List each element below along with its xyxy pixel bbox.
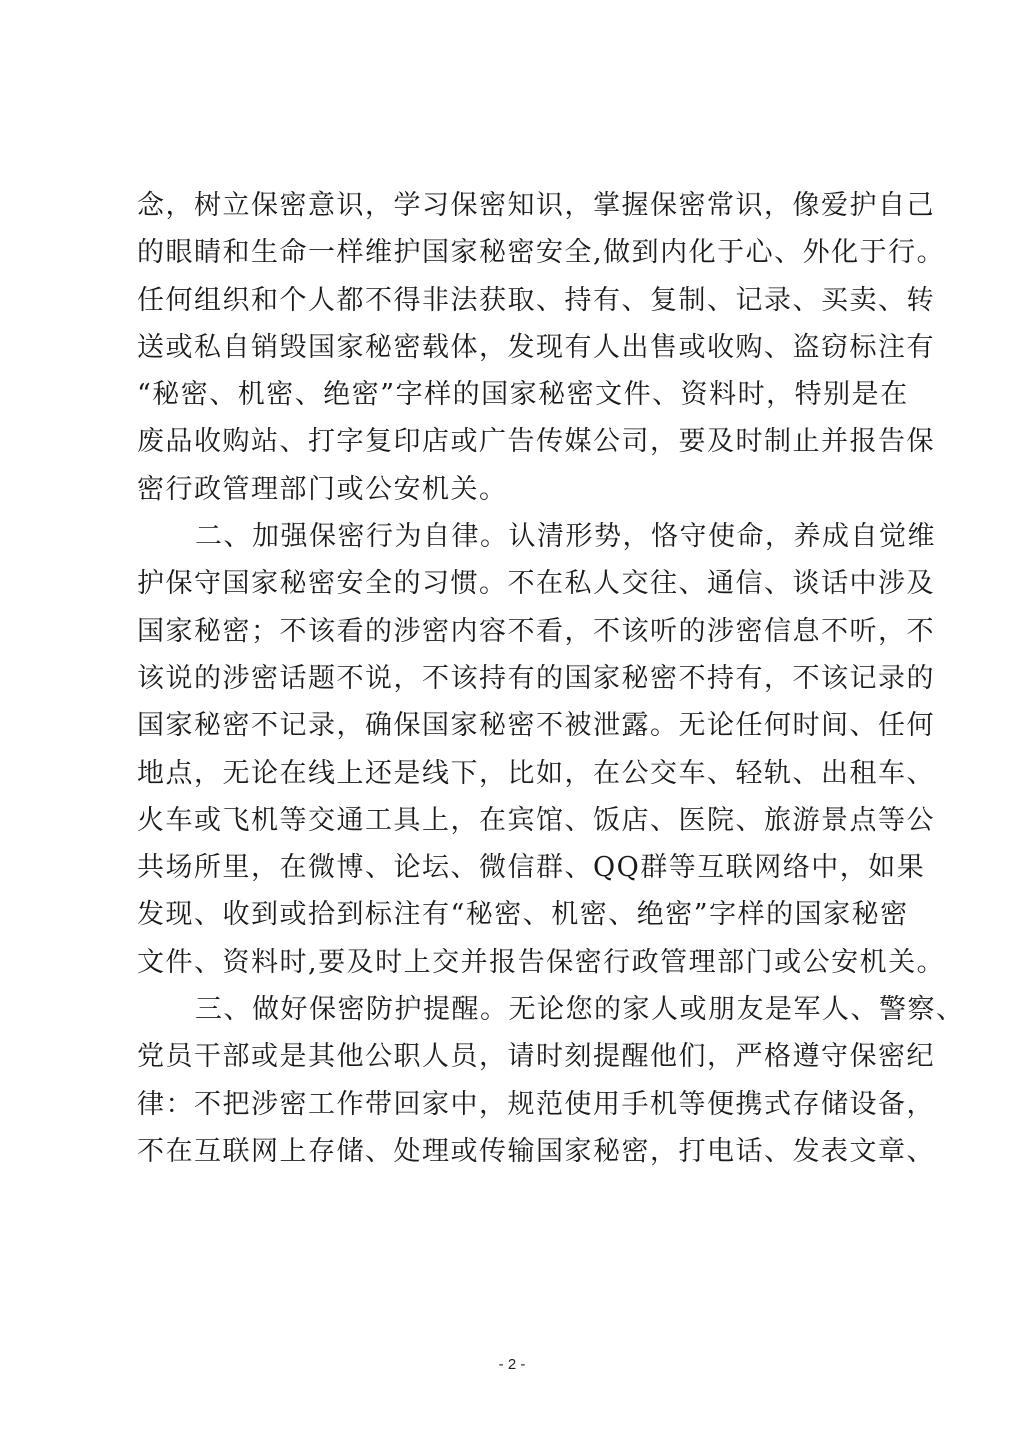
text-line: 的眼睛和生命一样维护国家秘密安全,做到内化于心、外化于行。	[137, 229, 897, 276]
text-line: 共场所里，在微博、论坛、微信群、QQ群等互联网络中，如果	[137, 844, 897, 891]
text-line: 任何组织和个人都不得非法获取、持有、复制、记录、买卖、转	[137, 277, 897, 324]
text-line: 该说的涉密话题不说，不该持有的国家秘密不持有，不该记录的	[137, 655, 897, 702]
text-line: 护保守国家秘密安全的习惯。不在私人交往、通信、谈话中涉及	[137, 560, 897, 607]
document-page: 念，树立保密意识，学习保密知识，掌握保密常识，像爱护自己 的眼睛和生命一样维护国…	[0, 0, 1024, 1448]
text-line: 国家秘密不记录，确保国家秘密不被泄露。无论任何时间、任何	[137, 702, 897, 749]
text-line: 地点，无论在线上还是线下，比如，在公交车、轻轨、出租车、	[137, 750, 897, 797]
body-text: 念，树立保密意识，学习保密知识，掌握保密常识，像爱护自己 的眼睛和生命一样维护国…	[137, 182, 897, 1175]
text-line: 文件、资料时,要及时上交并报告保密行政管理部门或公安机关。	[137, 939, 897, 986]
text-line: 不在互联网上存储、处理或传输国家秘密，打电话、发表文章、	[137, 1128, 897, 1175]
text-line: 密行政管理部门或公安机关。	[137, 466, 897, 513]
section-heading-line: 二、加强保密行为自律。认清形势，恪守使命，养成自觉维	[137, 513, 897, 560]
text-line: 废品收购站、打字复印店或广告传媒公司，要及时制止并报告保	[137, 418, 897, 465]
section-heading-line: 三、做好保密防护提醒。无论您的家人或朋友是军人、警察、	[137, 986, 897, 1033]
text-line: 送或私自销毁国家秘密载体，发现有人出售或收购、盗窃标注有	[137, 324, 897, 371]
text-line: “秘密、机密、绝密”字样的国家秘密文件、资料时，特别是在	[137, 371, 897, 418]
text-line: 党员干部或是其他公职人员，请时刻提醒他们，严格遵守保密纪	[137, 1033, 897, 1080]
text-line: 念，树立保密意识，学习保密知识，掌握保密常识，像爱护自己	[137, 182, 897, 229]
page-number: - 2 -	[0, 1356, 1024, 1373]
text-line: 火车或飞机等交通工具上，在宾馆、饭店、医院、旅游景点等公	[137, 797, 897, 844]
text-line: 律：不把涉密工作带回家中，规范使用手机等便携式存储设备，	[137, 1081, 897, 1128]
text-line: 国家秘密；不该看的涉密内容不看，不该听的涉密信息不听，不	[137, 608, 897, 655]
text-line: 发现、收到或拾到标注有“秘密、机密、绝密”字样的国家秘密	[137, 891, 897, 938]
